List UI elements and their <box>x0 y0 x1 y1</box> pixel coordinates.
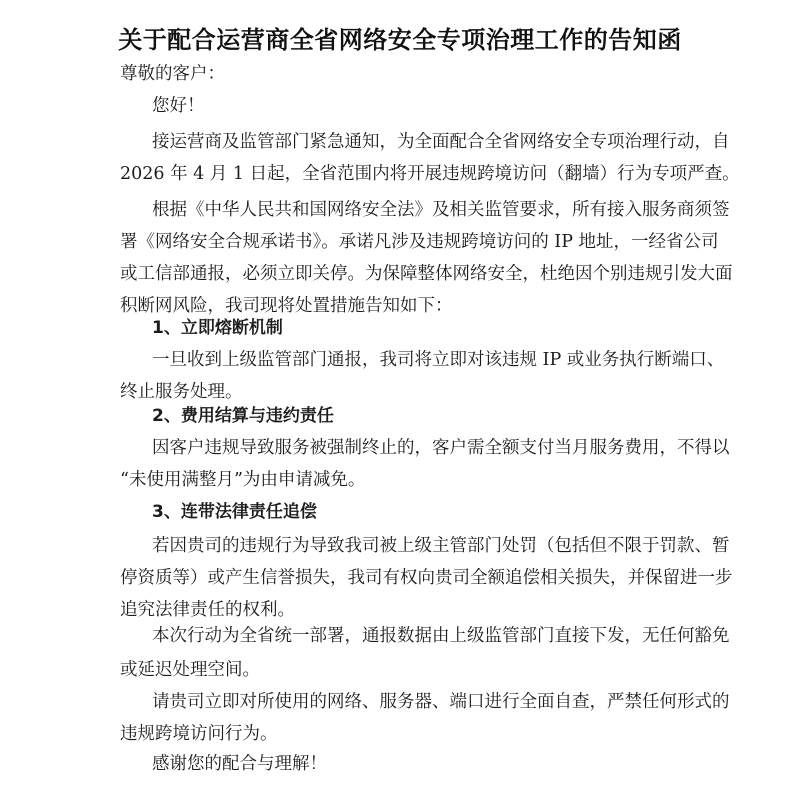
section-heading: 2、费用结算与违约责任 <box>152 404 334 428</box>
notice-letter: 关于配合运营商全省网络安全专项治理工作的告知函 尊敬的客户： 您好！ 接运营商及… <box>0 0 800 788</box>
paragraph-line: 或延迟处理空间。 <box>120 658 260 682</box>
paragraph-line: 积断网风险，我司现将处置措施告知如下： <box>120 294 453 318</box>
paragraph-line: 署《网络安全合规承诺书》。承诺凡涉及违规跨境访问的 IP 地址，一经省公司 <box>120 230 719 254</box>
paragraph-line: 接运营商及监管部门紧急通知，为全面配合全省网络安全专项治理行动，自 <box>152 130 730 154</box>
paragraph-line: 本次行动为全省统一部署，通报数据由上级监管部门直接下发，无任何豁免 <box>152 624 730 648</box>
greeting: 您好！ <box>152 94 205 118</box>
document-title: 关于配合运营商全省网络安全专项治理工作的告知函 <box>0 20 800 55</box>
paragraph-line: 追究法律责任的权利。 <box>120 598 295 622</box>
paragraph-line: 停资质等）或产生信誉损失，我司有权向贵司全额追偿相关损失，并保留进一步 <box>120 566 733 590</box>
paragraph-line: 终止服务处理。 <box>120 380 243 404</box>
paragraph-line: 违规跨境访问行为。 <box>120 722 278 746</box>
paragraph-line: 2026 年 4 月 1 日起，全省范围内将开展违规跨境访问（翻墙）行为专项严查… <box>120 162 740 186</box>
paragraph-line: 因客户违规导致服务被强制终止的，客户需全额支付当月服务费用，不得以 <box>152 436 730 460</box>
closing-thanks: 感谢您的配合与理解！ <box>152 752 327 776</box>
paragraph-line: “未使用满整月”为由申请减免。 <box>120 468 365 492</box>
paragraph-line: 根据《中华人民共和国网络安全法》及相关监管要求，所有接入服务商须签 <box>152 198 730 222</box>
paragraph-line: 一旦收到上级监管部门通报，我司将立即对该违规 IP 或业务执行断端口、 <box>152 348 724 372</box>
paragraph-line: 或工信部通报，必须立即关停。为保障整体网络安全，杜绝因个别违规引发大面 <box>120 262 733 286</box>
section-heading: 1、立即熔断机制 <box>152 316 283 340</box>
paragraph-line: 请贵司立即对所使用的网络、服务器、端口进行全面自查，严禁任何形式的 <box>152 690 730 714</box>
section-heading: 3、连带法律责任追偿 <box>152 500 317 524</box>
salutation: 尊敬的客户： <box>120 62 225 86</box>
paragraph-line: 若因贵司的违规行为导致我司被上级主管部门处罚（包括但不限于罚款、暂 <box>152 534 730 558</box>
